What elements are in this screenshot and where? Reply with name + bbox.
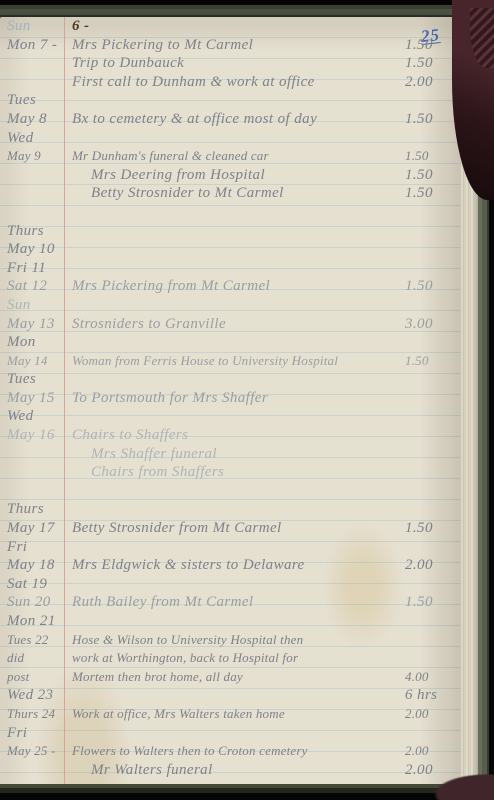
entry-text: Chairs from Shaffers [67, 464, 405, 481]
ledger-row: Fri [0, 539, 465, 558]
entry-text: 6 - [67, 18, 405, 35]
entry-date: Fri 11 [0, 260, 67, 277]
entry-date: Sat 19 [0, 576, 67, 593]
entry-text: To Portsmouth for Mrs Shaffer [67, 390, 405, 407]
ledger-row: May 8Bx to cemetery & at office most of … [0, 111, 465, 130]
book-cover-bottom-corner [424, 770, 494, 800]
ledger-row: May 17Betty Strosnider from Mt Carmel1.5… [0, 520, 465, 539]
ledger-row: May 13Strosniders to Granville3.00 [0, 316, 465, 335]
entry-date: Fri [0, 539, 67, 556]
ledger-row: Betty Strosnider to Mt Carmel1.50 [0, 185, 465, 204]
ledger-row: Mon [0, 334, 465, 353]
ledger-entries: Sun6 -Mon 7 -Mrs Pickering to Mt Carmel1… [0, 17, 465, 780]
entry-text: Mrs Deering from Hospital [67, 167, 405, 184]
entry-date: Thurs [0, 223, 67, 240]
ledger-row: Mrs Deering from Hospital1.50 [0, 167, 465, 186]
entry-date: did [0, 650, 67, 666]
ledger-row: Thurs [0, 223, 465, 242]
entry-date: Thurs [0, 501, 67, 518]
ledger-row: May 14Woman from Ferris House to Univers… [0, 353, 465, 372]
entry-text: work at Worthington, back to Hospital fo… [67, 650, 405, 666]
entry-text: Betty Strosnider to Mt Carmel [67, 185, 405, 202]
entry-date: May 10 [0, 241, 67, 258]
ledger-row: May 10 [0, 241, 465, 260]
ledger-row: Thurs [0, 501, 465, 520]
ledger-row: May 18Mrs Eldgwick & sisters to Delaware… [0, 557, 465, 576]
entry-date: Thurs 24 [0, 706, 67, 722]
entry-date: May 14 [0, 353, 67, 369]
entry-text: Mr Dunham's funeral & cleaned car [67, 148, 405, 164]
entry-date: May 18 [0, 557, 67, 574]
ledger-row: postMortem then brot home, all day4.00 [0, 669, 465, 688]
entry-text: Work at office, Mrs Walters taken home [67, 706, 405, 722]
entry-date: May 15 [0, 390, 67, 407]
entry-date: May 16 [0, 427, 67, 444]
ledger-row [0, 204, 465, 223]
entry-date: May 25 - [0, 743, 67, 759]
entry-text: Ruth Bailey from Mt Carmel [67, 594, 405, 611]
entry-text: Mrs Pickering from Mt Carmel [67, 278, 405, 295]
entry-text: Strosniders to Granville [67, 316, 405, 333]
ledger-row: Sat 19 [0, 576, 465, 595]
entry-date: May 17 [0, 520, 67, 537]
ledger-row: May 16Chairs to Shaffers [0, 427, 465, 446]
entry-amount: 3.00 [405, 316, 465, 333]
entry-date: Tues [0, 371, 67, 388]
ledger-row: Wed [0, 408, 465, 427]
ledger-row: Trip to Dunbauck1.50 [0, 55, 465, 74]
entry-date: Wed [0, 130, 67, 147]
entry-amount: 1.50 [405, 520, 465, 537]
entry-date: Mon [0, 334, 67, 351]
entry-date: May 9 [0, 148, 67, 164]
photographed-ledger-book: 25 Sun6 -Mon 7 -Mrs Pickering to Mt Carm… [0, 0, 494, 800]
entry-text: Mr Walters funeral [67, 762, 405, 779]
entry-text: Mortem then brot home, all day [67, 669, 405, 685]
entry-text: Mrs Eldgwick & sisters to Delaware [67, 557, 405, 574]
entry-date: Sun 20 [0, 594, 67, 611]
entry-date: Mon 21 [0, 613, 67, 630]
entry-date: post [0, 669, 67, 685]
entry-date: Tues 22 [0, 632, 67, 648]
entry-amount: 1.50 [405, 185, 465, 202]
ledger-row: Wed [0, 130, 465, 149]
entry-text: Flowers to Walters then to Croton cemete… [67, 743, 405, 759]
entry-date: Fri [0, 725, 67, 742]
entry-date: Sat 12 [0, 278, 67, 295]
ledger-row: Sat 12Mrs Pickering from Mt Carmel1.50 [0, 278, 465, 297]
ledger-row: Chairs from Shaffers [0, 464, 465, 483]
ledger-row: Fri [0, 725, 465, 744]
entry-amount: 4.00 [405, 669, 465, 685]
entry-date: Wed 23 [0, 687, 67, 704]
entry-date: May 13 [0, 316, 67, 333]
ledger-row: May 15To Portsmouth for Mrs Shaffer [0, 390, 465, 409]
entry-text: Betty Strosnider from Mt Carmel [67, 520, 405, 537]
ledger-row: Mrs Shaffer funeral [0, 446, 465, 465]
entry-text: Woman from Ferris House to University Ho… [67, 353, 405, 369]
entry-amount: 2.00 [405, 743, 465, 759]
entry-date: May 8 [0, 111, 67, 128]
ledger-row: didwork at Worthington, back to Hospital… [0, 650, 465, 669]
ledger-row: Mr Walters funeral2.00 [0, 762, 465, 781]
entry-text: Chairs to Shaffers [67, 427, 405, 444]
ledger-page: 25 Sun6 -Mon 7 -Mrs Pickering to Mt Carm… [0, 17, 465, 786]
entry-amount: 6 hrs [405, 687, 465, 704]
entry-amount: 1.50 [405, 148, 465, 164]
entry-amount: 1.50 [405, 353, 465, 369]
ledger-row: Sun [0, 297, 465, 316]
ledger-row: Sun6 - [0, 18, 465, 37]
ledger-row: May 9Mr Dunham's funeral & cleaned car1.… [0, 148, 465, 167]
book-cover-bottom-edge [0, 784, 494, 800]
entry-amount: 1.50 [405, 167, 465, 184]
ledger-row [0, 483, 465, 502]
entry-date: Sun [0, 18, 67, 35]
ledger-row: Tues 22Hose & Wilson to University Hospi… [0, 632, 465, 651]
ledger-row: Tues [0, 371, 465, 390]
ledger-row: First call to Dunham & work at office2.0… [0, 74, 465, 93]
ledger-row: May 25 -Flowers to Walters then to Croto… [0, 743, 465, 762]
ledger-row: Wed 236 hrs [0, 687, 465, 706]
entry-amount: 1.50 [405, 594, 465, 611]
ledger-row: Thurs 24Work at office, Mrs Walters take… [0, 706, 465, 725]
entry-text: First call to Dunham & work at office [67, 74, 405, 91]
entry-amount: 2.00 [405, 706, 465, 722]
entry-date: Sun [0, 297, 67, 314]
ledger-row: Fri 11 [0, 260, 465, 279]
entry-text: Bx to cemetery & at office most of day [67, 111, 405, 128]
ledger-row: Sun 20Ruth Bailey from Mt Carmel1.50 [0, 594, 465, 613]
entry-date: Mon 7 - [0, 37, 67, 54]
ledger-row: Mon 7 -Mrs Pickering to Mt Carmel1.50 [0, 37, 465, 56]
entry-date: Tues [0, 92, 67, 109]
entry-text: Mrs Shaffer funeral [67, 446, 405, 463]
entry-text: Mrs Pickering to Mt Carmel [67, 37, 405, 54]
entry-text: Hose & Wilson to University Hospital the… [67, 632, 405, 648]
entry-amount: 1.50 [405, 278, 465, 295]
ledger-row: Mon 21 [0, 613, 465, 632]
entry-text: Trip to Dunbauck [67, 55, 405, 72]
entry-date: Wed [0, 408, 67, 425]
ledger-row: Tues [0, 92, 465, 111]
entry-amount: 2.00 [405, 557, 465, 574]
